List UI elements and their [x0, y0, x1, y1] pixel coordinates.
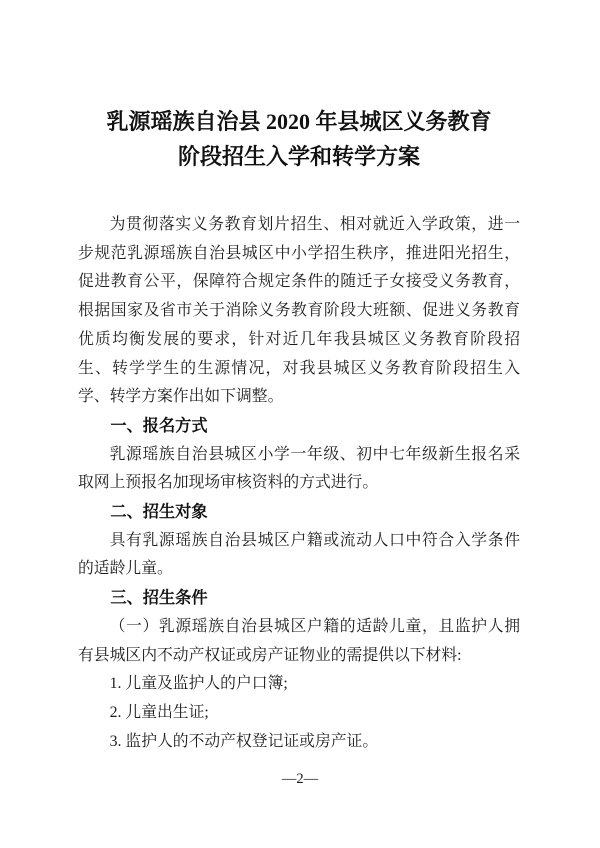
section-2-paragraph: 具有乳源瑶族自治县城区户籍或流动人口中符合入学条件的适龄儿童。	[78, 527, 520, 584]
intro-paragraph: 为贯彻落实义务教育划片招生、相对就近入学政策，进一步规范乳源瑶族自治县城区中小学…	[78, 211, 520, 412]
document-title-line-2: 阶段招生入学和转学方案	[78, 139, 520, 174]
page-content: 乳源瑶族自治县 2020 年县城区义务教育 阶段招生入学和转学方案 为贯彻落实义…	[0, 0, 600, 756]
section-1-paragraph: 乳源瑶族自治县城区小学一年级、初中七年级新生报名采取网上预报名加现场审核资料的方…	[78, 441, 520, 498]
section-3-list-item-3: 3. 监护人的不动产权登记证或房产证。	[78, 728, 520, 757]
document-body: 为贯彻落实义务教育划片招生、相对就近入学政策，进一步规范乳源瑶族自治县城区中小学…	[78, 211, 520, 756]
section-3-list-item-2: 2. 儿童出生证;	[78, 699, 520, 728]
section-3-list-item-1: 1. 儿童及监护人的户口簿;	[78, 670, 520, 699]
document-title-line-1: 乳源瑶族自治县 2020 年县城区义务教育	[78, 104, 520, 139]
section-heading-2: 二、招生对象	[78, 498, 520, 527]
page-number: —2—	[0, 769, 600, 789]
section-heading-3: 三、招生条件	[78, 584, 520, 613]
section-3-paragraph: （一）乳源瑶族自治县城区户籍的适龄儿童，且监护人拥有县城区内不动产权证或房产证物…	[78, 613, 520, 670]
document-title: 乳源瑶族自治县 2020 年县城区义务教育 阶段招生入学和转学方案	[78, 104, 520, 174]
document-page: 乳源瑶族自治县 2020 年县城区义务教育 阶段招生入学和转学方案 为贯彻落实义…	[0, 0, 600, 848]
section-heading-1: 一、报名方式	[78, 412, 520, 441]
